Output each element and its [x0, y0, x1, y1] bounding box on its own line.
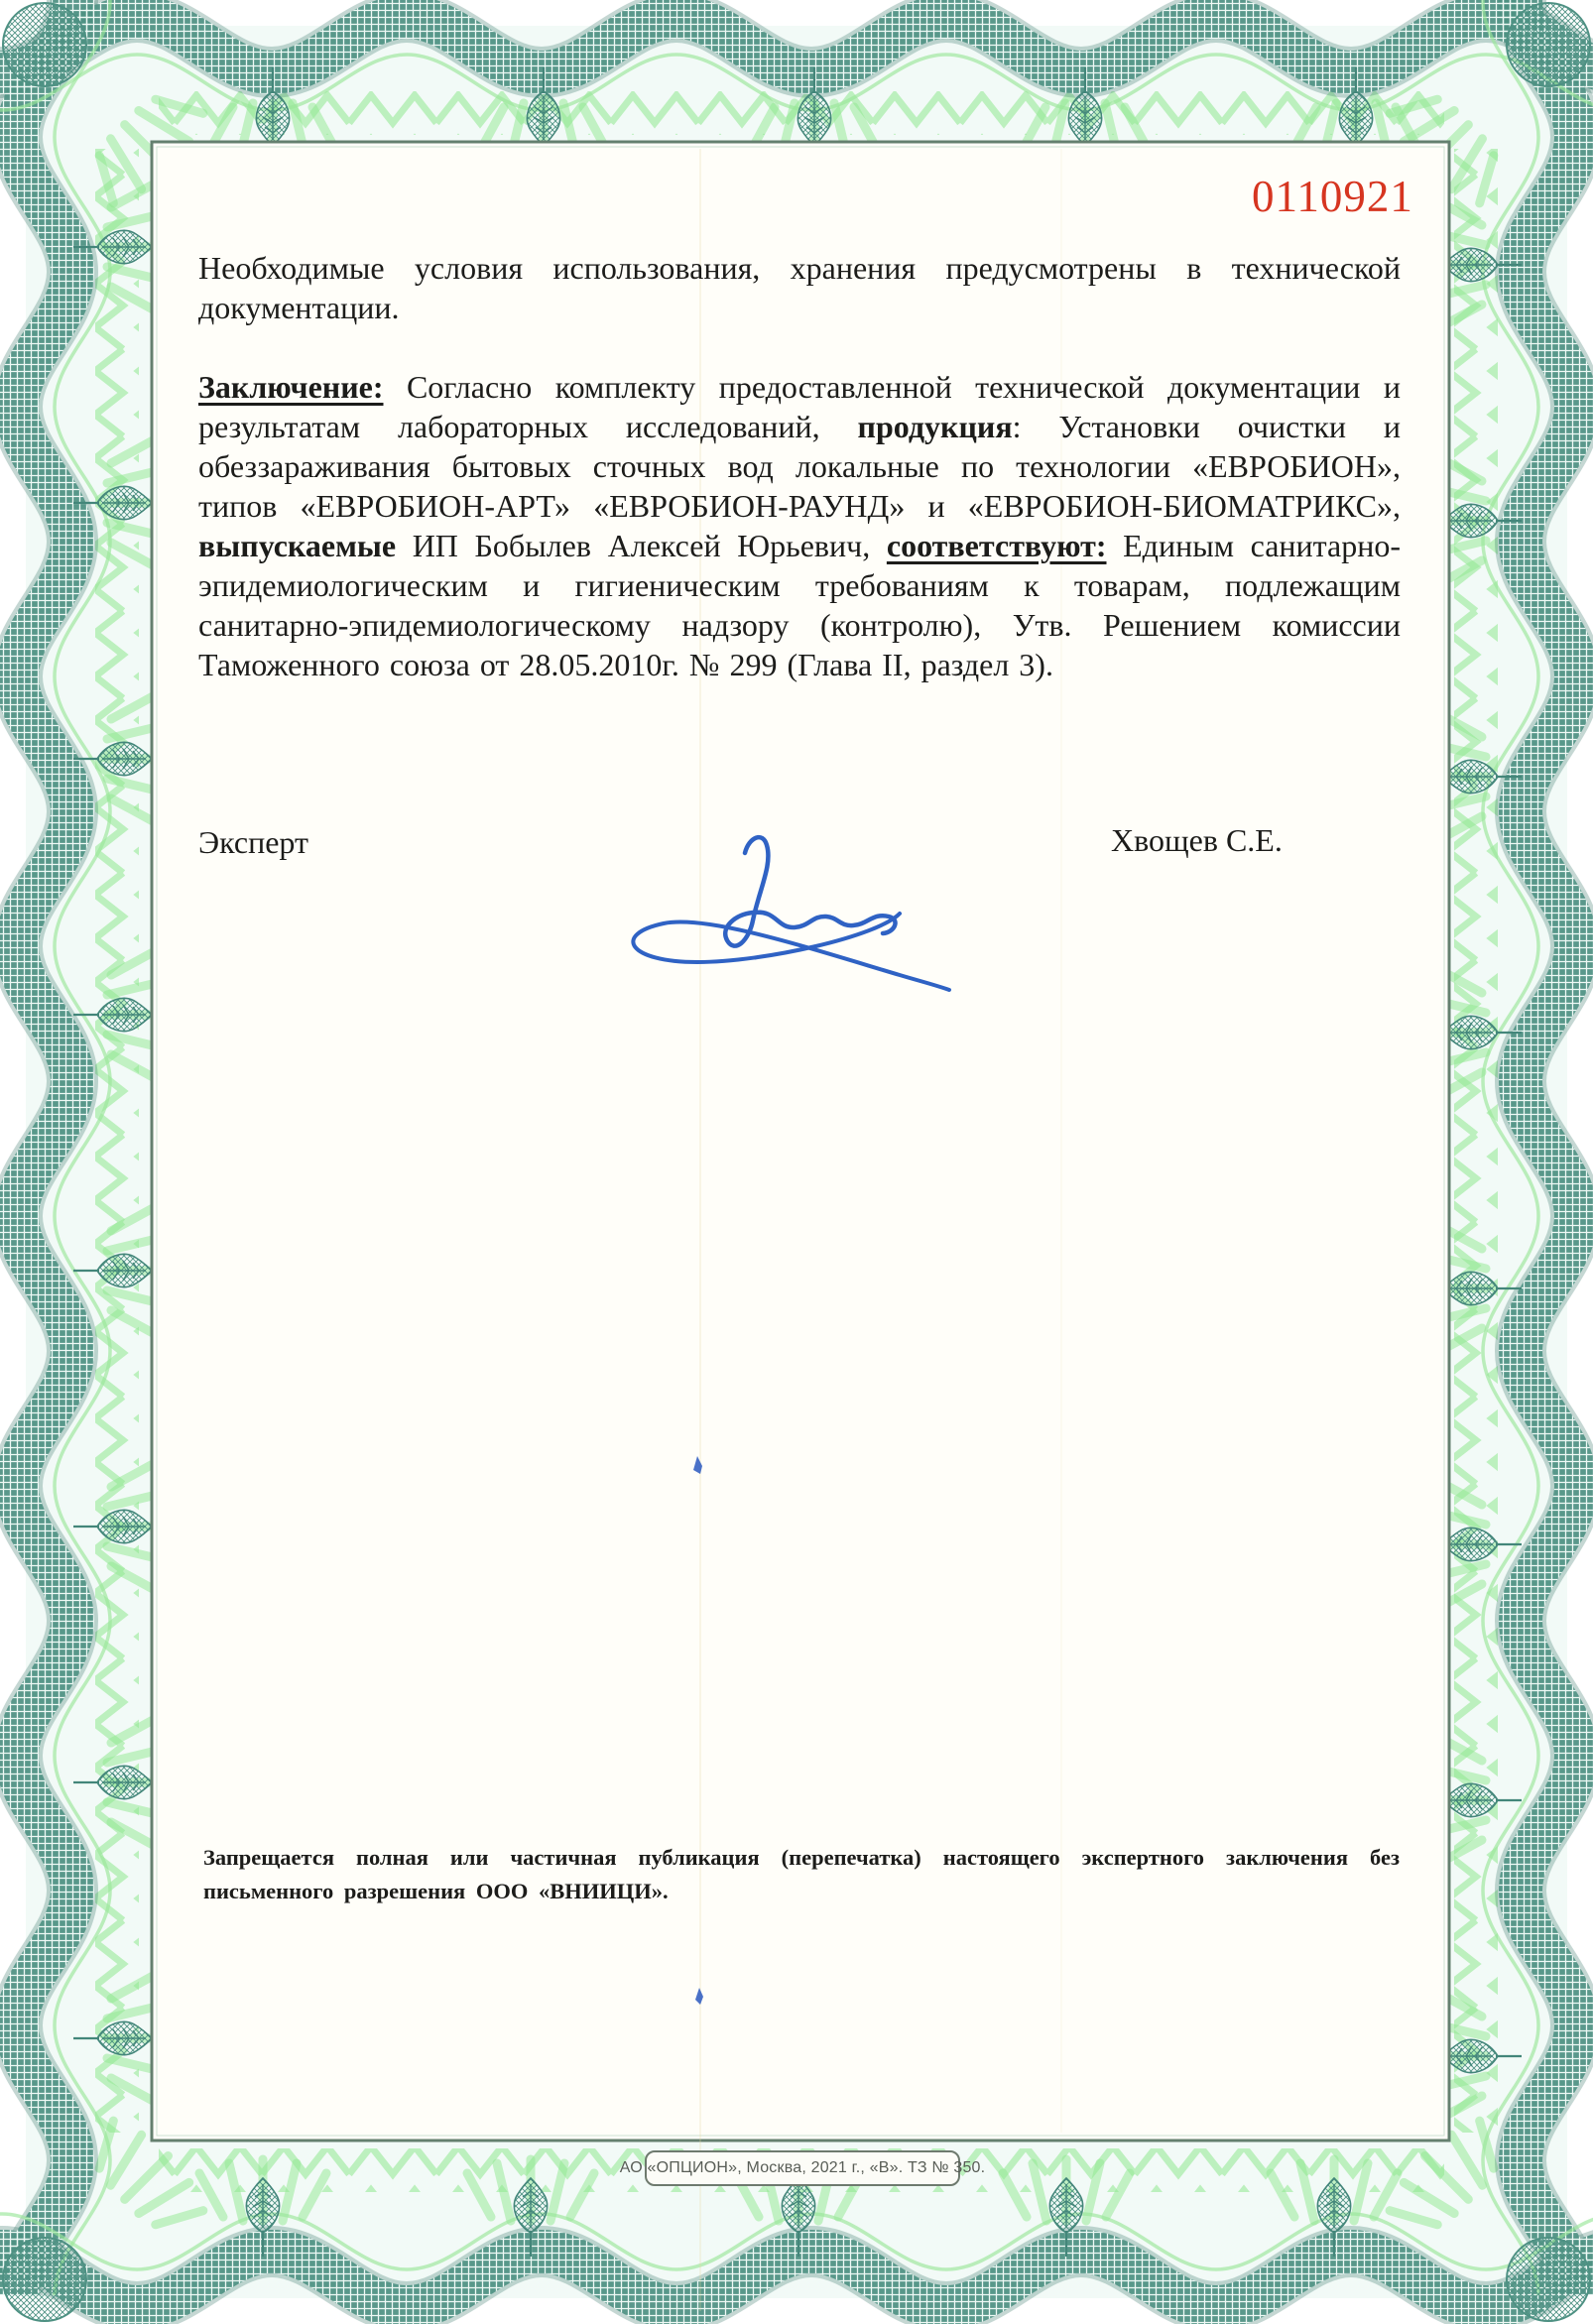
- printer-imprint-box: АО «ОПЦИОН», Москва, 2021 г., «В». ТЗ № …: [645, 2150, 960, 2186]
- expert-name: Хвощев С.Е.: [1111, 822, 1283, 859]
- conclusion-paragraph: Заключение: Согласно комплекту предостав…: [198, 367, 1401, 684]
- copy-prohibition-notice: Запрещается полная или частичная публика…: [203, 1841, 1400, 1908]
- intro-paragraph: Необходимые условия использования, хране…: [198, 248, 1401, 327]
- comply-label: соответствуют:: [887, 528, 1107, 563]
- expert-signature-ink: [551, 815, 977, 1009]
- guilloche-border: [0, 0, 1593, 2324]
- printer-imprint-text: АО «ОПЦИОН», Москва, 2021 г., «В». ТЗ № …: [620, 2159, 986, 2177]
- certificate-page: 0110921 Необходимые условия использовани…: [0, 0, 1593, 2324]
- product-label: продукция: [858, 409, 1013, 444]
- released-label: выпускаемые: [198, 528, 396, 563]
- expert-role-label: Эксперт: [198, 824, 308, 861]
- conclusion-label: Заключение:: [198, 369, 384, 405]
- conclusion-text-3: ИП Бобылев Алексей Юрьевич,: [396, 528, 887, 563]
- serial-number: 0110921: [1252, 175, 1413, 219]
